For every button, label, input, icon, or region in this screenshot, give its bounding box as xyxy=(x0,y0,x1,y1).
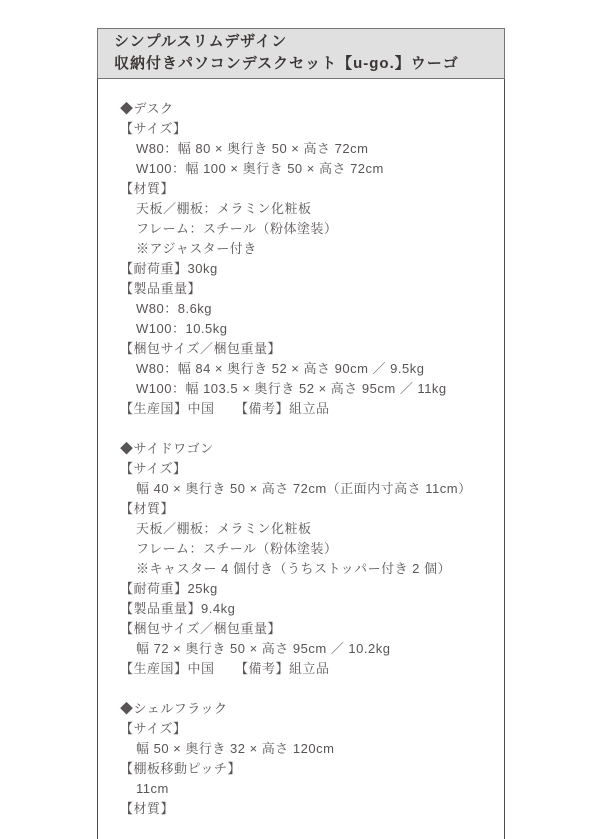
spec-line: フレーム：スチール（粉体塗装） xyxy=(120,539,490,559)
spec-line: 【棚板移動ピッチ】 xyxy=(120,759,490,779)
spec-line: W100：10.5kg xyxy=(120,319,490,339)
spec-line: 天板／棚板：メラミン化粧板 xyxy=(120,519,490,539)
spec-line: 【梱包サイズ／梱包重量】 xyxy=(120,339,490,359)
spec-line: 【耐荷重】25kg xyxy=(120,579,490,599)
spec-line: 【耐荷重】30kg xyxy=(120,259,490,279)
spec-line: 【材質】 xyxy=(120,499,490,519)
spec-section-heading: ◆シェルフラック xyxy=(120,699,490,719)
spec-section: ◆シェルフラック【サイズ】幅 50 × 奥行き 32 × 高さ 120cm【棚板… xyxy=(120,699,490,818)
spec-line: ※アジャスター付き xyxy=(120,239,490,259)
spec-line: 【サイズ】 xyxy=(120,719,490,739)
spec-line: 【梱包サイズ／梱包重量】 xyxy=(120,619,490,639)
spec-section-heading: ◆デスク xyxy=(120,99,490,119)
spec-line: 【材質】 xyxy=(120,179,490,199)
spec-body: ◆デスク【サイズ】W80：幅 80 × 奥行き 50 × 高さ 72cmW100… xyxy=(97,79,505,818)
spec-line: 幅 50 × 奥行き 32 × 高さ 120cm xyxy=(120,739,490,759)
spec-line: 【サイズ】 xyxy=(120,119,490,139)
product-title-line1: シンプルスリムデザイン xyxy=(114,31,489,53)
spec-line: 天板／棚板：メラミン化粧板 xyxy=(120,199,490,219)
product-title-line2: 収納付きパソコンデスクセット【u-go.】ウーゴ xyxy=(114,53,489,75)
spec-line: 【生産国】中国 【備考】組立品 xyxy=(120,399,490,419)
spec-line: W100：幅 100 × 奥行き 50 × 高さ 72cm xyxy=(120,159,490,179)
spec-section-heading: ◆サイドワゴン xyxy=(120,439,490,459)
spec-line: W80：幅 84 × 奥行き 52 × 高さ 90cm ／ 9.5kg xyxy=(120,359,490,379)
spec-section: ◆デスク【サイズ】W80：幅 80 × 奥行き 50 × 高さ 72cmW100… xyxy=(120,99,490,419)
product-spec-panel: シンプルスリムデザイン 収納付きパソコンデスクセット【u-go.】ウーゴ ◆デス… xyxy=(97,28,505,818)
spec-line: W80：幅 80 × 奥行き 50 × 高さ 72cm xyxy=(120,139,490,159)
spec-line: W100：幅 103.5 × 奥行き 52 × 高さ 95cm ／ 11kg xyxy=(120,379,490,399)
spec-line: 【生産国】中国 【備考】組立品 xyxy=(120,659,490,679)
spec-line: 【材質】 xyxy=(120,799,490,818)
spec-line: 【製品重量】 xyxy=(120,279,490,299)
spec-line: 【サイズ】 xyxy=(120,459,490,479)
spec-section: ◆サイドワゴン【サイズ】幅 40 × 奥行き 50 × 高さ 72cm（正面内寸… xyxy=(120,439,490,679)
spec-line: フレーム：スチール（粉体塗装） xyxy=(120,219,490,239)
spec-line: 【製品重量】9.4kg xyxy=(120,599,490,619)
spec-line: 11cm xyxy=(120,779,490,799)
spec-line: ※キャスター 4 個付き（うちストッパー付き 2 個） xyxy=(120,559,490,579)
spec-line: 幅 72 × 奥行き 50 × 高さ 95cm ／ 10.2kg xyxy=(120,639,490,659)
spec-line: W80：8.6kg xyxy=(120,299,490,319)
product-title-bar: シンプルスリムデザイン 収納付きパソコンデスクセット【u-go.】ウーゴ xyxy=(97,28,505,79)
spec-line: 幅 40 × 奥行き 50 × 高さ 72cm（正面内寸高さ 11cm） xyxy=(120,479,490,499)
